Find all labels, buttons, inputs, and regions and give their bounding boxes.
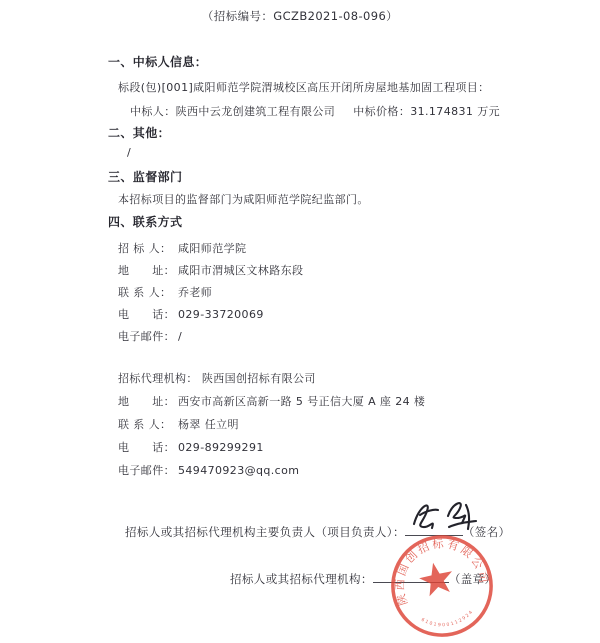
price-label: 中标价格： <box>353 105 410 118</box>
winner-line: 中标人：陕西中云龙创建筑工程有限公司中标价格：31.174831 万元 <box>130 103 500 119</box>
tenderer-email-value: / <box>178 330 182 343</box>
tenderer-phone-label: 电 话： <box>118 306 176 322</box>
agency-phone-row: 电 话：029-89299291 <box>118 439 264 455</box>
section-3-body: 本招标项目的监督部门为咸阳师范学院纪监部门。 <box>118 191 369 207</box>
agency-name-value: 陕西国创招标有限公司 <box>202 372 316 385</box>
agency-name-row: 招标代理机构：陕西国创招标有限公司 <box>118 370 316 386</box>
agency-email-value: 549470923@qq.com <box>178 464 299 477</box>
tenderer-email-row: 电子邮件：/ <box>118 328 182 344</box>
tenderer-contact-label: 联 系 人： <box>118 284 176 300</box>
section-2-body: / <box>127 146 131 159</box>
agency-contact-row: 联 系 人：杨翠 任立明 <box>118 416 239 432</box>
lot-description: 标段(包)[001]咸阳师范学院渭城校区高压开闭所房屋地基加固工程项目： <box>118 79 490 95</box>
tender-result-document: （招标编号：GCZB2021-08-096） 一、中标人信息： 标段(包)[00… <box>0 0 600 643</box>
winner-value: 陕西中云龙创建筑工程有限公司 <box>176 105 336 118</box>
winner-label: 中标人： <box>130 105 176 118</box>
agency-phone-value: 029-89299291 <box>178 441 264 454</box>
tenderer-name-value: 咸阳师范学院 <box>178 242 246 255</box>
agency-address-row: 地 址：西安市高新区高新一路 5 号正信大厦 A 座 24 楼 <box>118 393 425 409</box>
company-seal: 陕西国创招标有限公司 6101900112924 <box>378 522 506 643</box>
agency-address-value: 西安市高新区高新一路 5 号正信大厦 A 座 24 楼 <box>178 395 425 408</box>
agency-stamp-label: 招标人或其招标代理机构： <box>230 572 373 586</box>
agency-name-label: 招标代理机构： <box>118 370 198 386</box>
agency-address-label: 地 址： <box>118 393 176 409</box>
tenderer-address-label: 地 址： <box>118 262 176 278</box>
section-3-title: 三、监督部门 <box>108 168 182 185</box>
tenderer-phone-value: 029-33720069 <box>178 308 264 321</box>
tenderer-email-label: 电子邮件： <box>118 328 176 344</box>
seal-star-icon <box>417 559 456 597</box>
tenderer-name-row: 招 标 人：咸阳师范学院 <box>118 240 246 256</box>
svg-text:陕西国创招标有限公司: 陕西国创招标有限公司 <box>383 527 492 607</box>
section-4-title: 四、联系方式 <box>108 213 182 230</box>
section-2-title: 二、其他： <box>108 124 170 141</box>
seal-company-name: 陕西国创招标有限公司 <box>383 527 492 607</box>
tenderer-address-value: 咸阳市渭城区文林路东段 <box>178 264 303 277</box>
tenderer-contact-value: 乔老师 <box>178 286 212 299</box>
agency-email-label: 电子邮件： <box>118 462 176 478</box>
tenderer-address-row: 地 址：咸阳市渭城区文林路东段 <box>118 262 303 278</box>
section-1-title: 一、中标人信息： <box>108 53 207 70</box>
tenderer-phone-row: 电 话：029-33720069 <box>118 306 264 322</box>
agency-email-row: 电子邮件：549470923@qq.com <box>118 462 299 478</box>
tenderer-contact-row: 联 系 人：乔老师 <box>118 284 212 300</box>
tender-number-note: （招标编号：GCZB2021-08-096） <box>0 8 600 24</box>
agency-contact-value: 杨翠 任立明 <box>178 418 239 431</box>
price-value: 31.174831 万元 <box>410 105 500 118</box>
project-leader-signature-label: 招标人或其招标代理机构主要负责人（项目负责人）： <box>125 525 405 539</box>
agency-contact-label: 联 系 人： <box>118 416 176 432</box>
agency-phone-label: 电 话： <box>118 439 176 455</box>
tenderer-name-label: 招 标 人： <box>118 240 176 256</box>
